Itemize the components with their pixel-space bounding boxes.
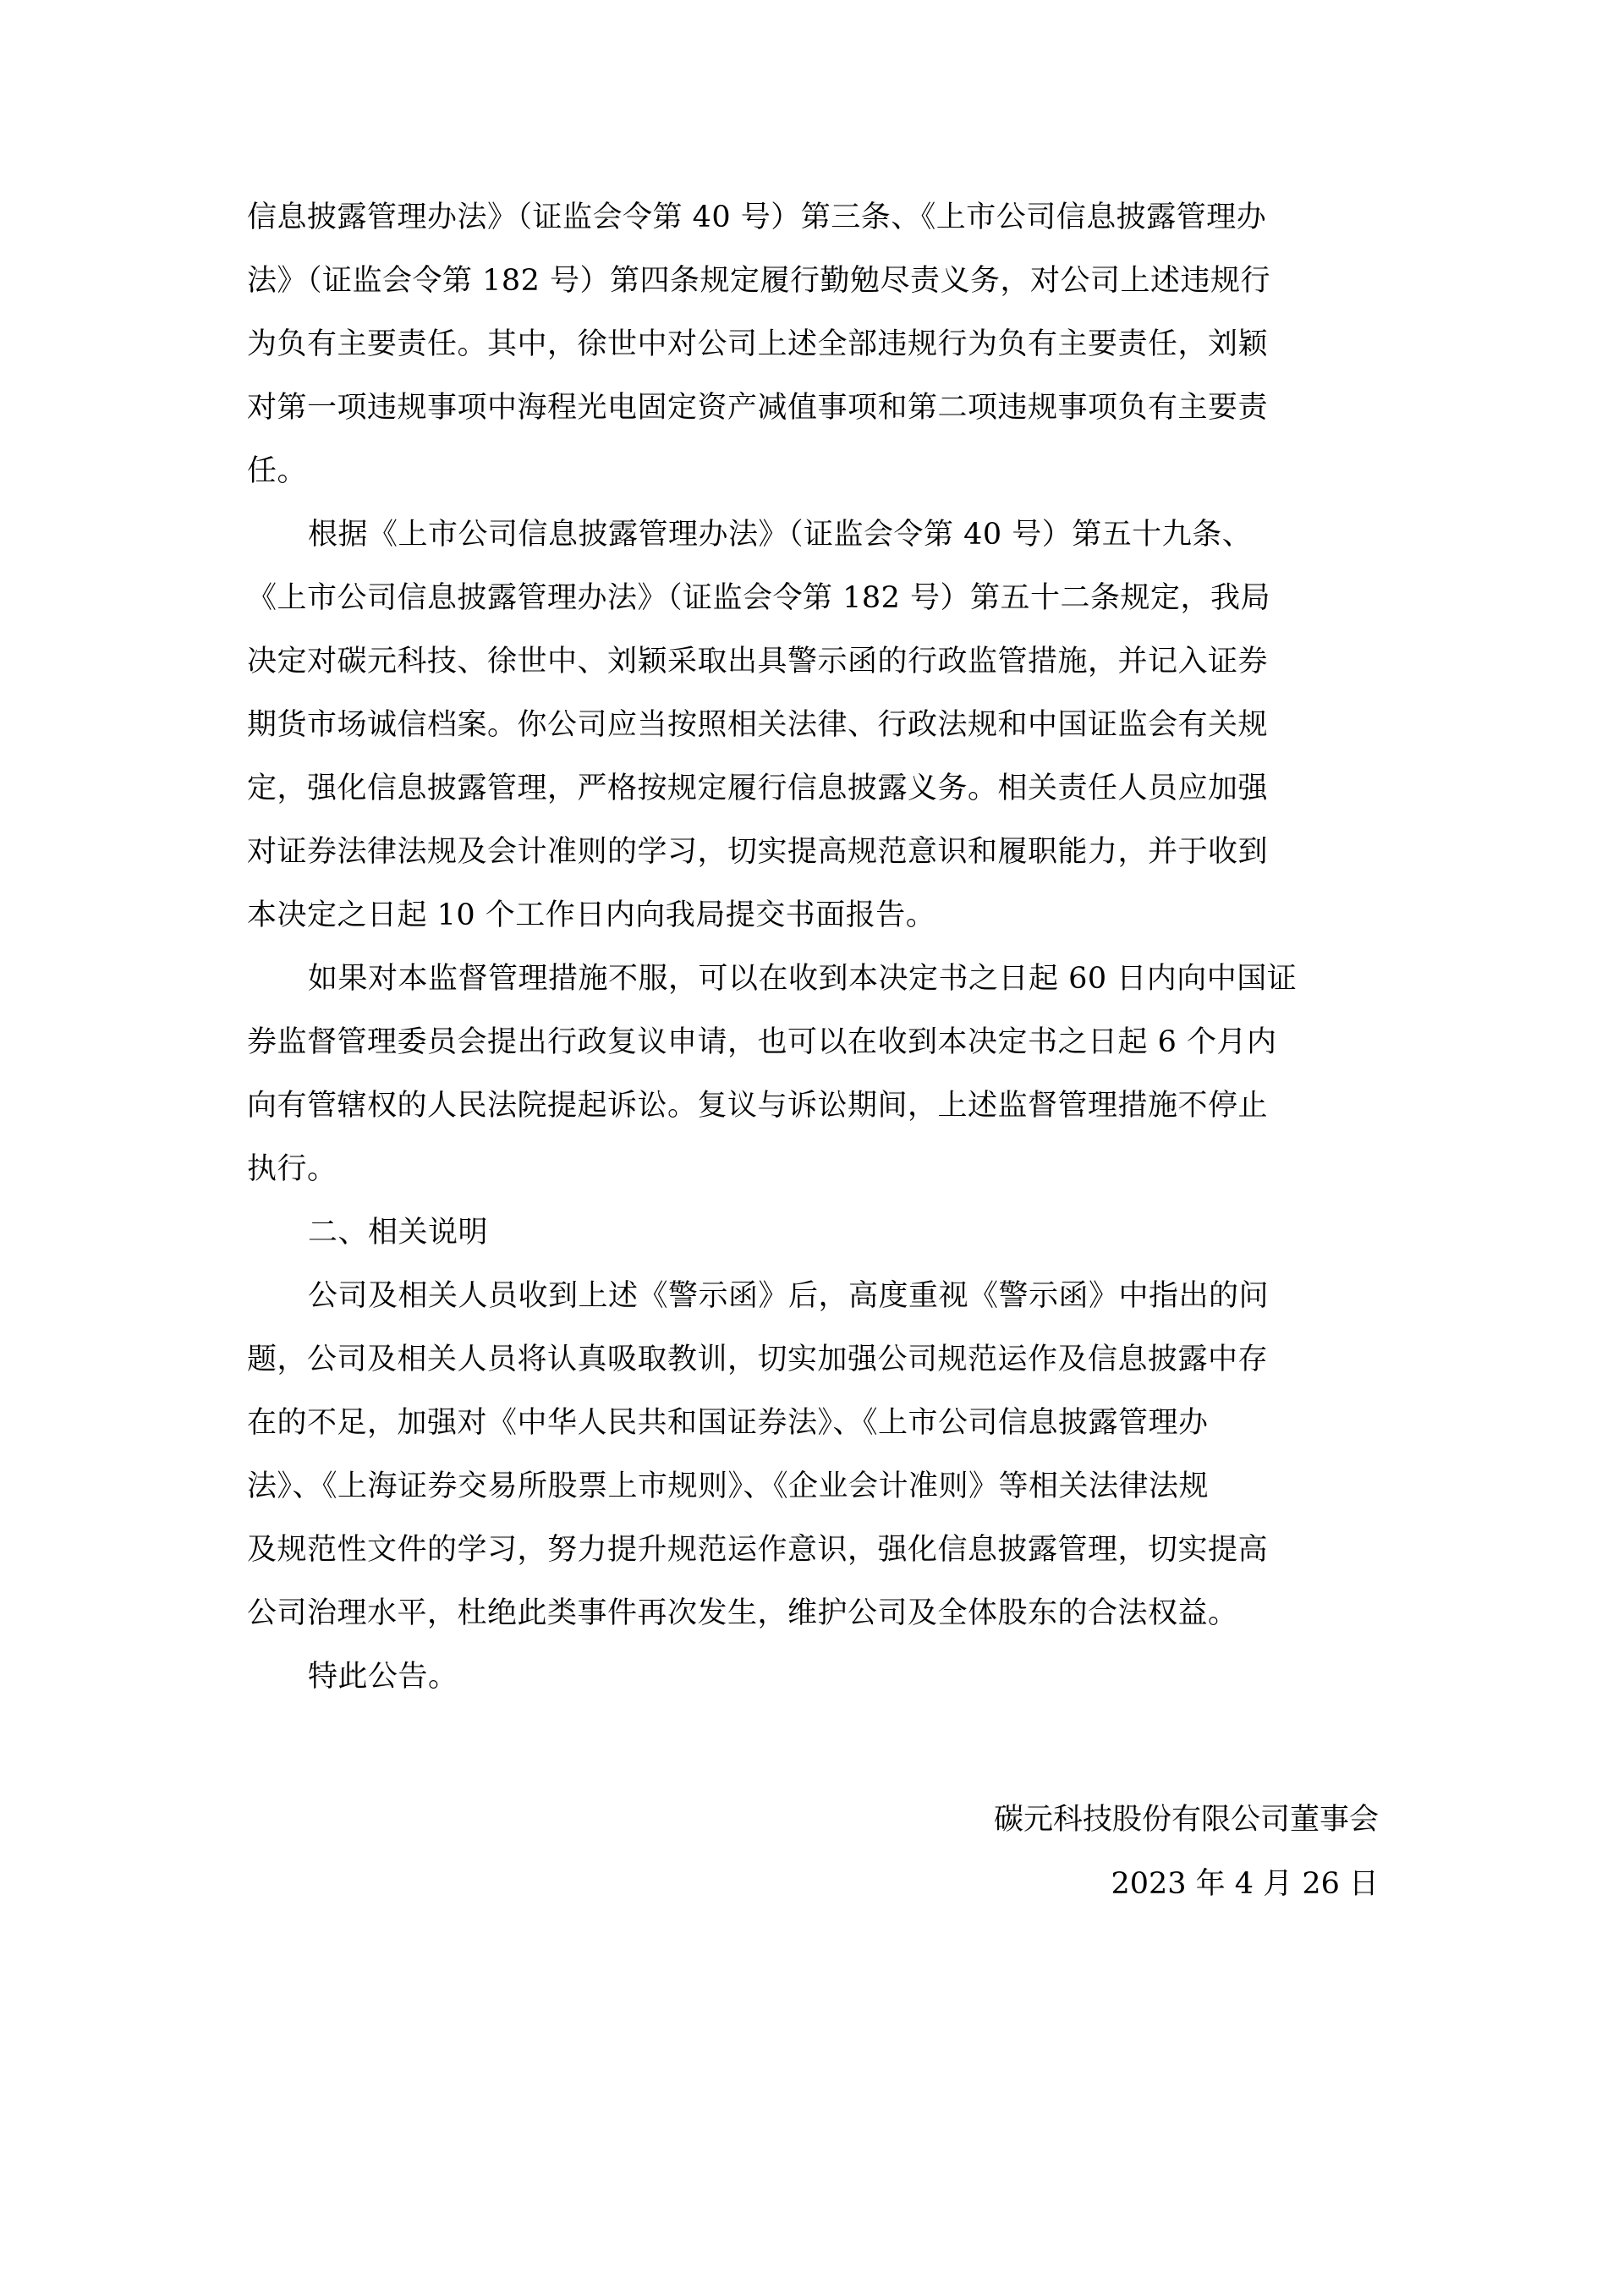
signature-company: 碳元科技股份有限公司董事会 bbox=[994, 1799, 1379, 1841]
text-line: 及规范性文件的学习，努力提升规范运作意识，强化信息披露管理，切实提高 bbox=[247, 1529, 1380, 1592]
paragraph-explanation: 公司及相关人员收到上述《警示函》后，高度重视《警示函》中指出的问 题，公司及相关… bbox=[247, 1275, 1380, 1656]
text-line: 法》（证监会令第 182 号）第四条规定履行勤勉尽责义务，对公司上述违规行 bbox=[247, 260, 1380, 323]
paragraph-appeal: 如果对本监督管理措施不服，可以在收到本决定书之日起 60 日内向中国证 券监督管… bbox=[247, 958, 1380, 1211]
text-line: 《上市公司信息披露管理办法》（证监会令第 182 号）第五十二条规定，我局 bbox=[247, 577, 1380, 640]
paragraph-responsibility: 信息披露管理办法》（证监会令第 40 号）第三条、《上市公司信息披露管理办 法》… bbox=[247, 196, 1380, 514]
text-line: 公司及相关人员收到上述《警示函》后，高度重视《警示函》中指出的问 bbox=[247, 1275, 1380, 1338]
text-line: 券监督管理委员会提出行政复议申请，也可以在收到本决定书之日起 6 个月内 bbox=[247, 1021, 1380, 1085]
text-line: 根据《上市公司信息披露管理办法》（证监会令第 40 号）第五十九条、 bbox=[247, 514, 1380, 577]
paragraph-decision: 根据《上市公司信息披露管理办法》（证监会令第 40 号）第五十九条、 《上市公司… bbox=[247, 514, 1380, 958]
text-line: 任。 bbox=[247, 450, 1380, 514]
text-line: 如果对本监督管理措施不服，可以在收到本决定书之日起 60 日内向中国证 bbox=[247, 958, 1380, 1021]
text-line: 信息披露管理办法》（证监会令第 40 号）第三条、《上市公司信息披露管理办 bbox=[247, 196, 1380, 260]
signature-date: 2023 年 4 月 26 日 bbox=[1111, 1863, 1379, 1905]
closing-statement: 特此公告。 bbox=[247, 1656, 1380, 1719]
text-line: 定，强化信息披露管理，严格按规定履行信息披露义务。相关责任人员应加强 bbox=[247, 767, 1380, 831]
text-line: 题，公司及相关人员将认真吸取教训，切实加强公司规范运作及信息披露中存 bbox=[247, 1338, 1380, 1402]
section-title: 二、相关说明 bbox=[247, 1211, 1380, 1275]
text-line: 对证券法律法规及会计准则的学习，切实提高规范意识和履职能力，并于收到 bbox=[247, 831, 1380, 894]
text-line: 决定对碳元科技、徐世中、刘颖采取出具警示函的行政监管措施，并记入证券 bbox=[247, 640, 1380, 704]
text-line: 公司治理水平，杜绝此类事件再次发生，维护公司及全体股东的合法权益。 bbox=[247, 1592, 1380, 1656]
text-line: 向有管辖权的人民法院提起诉讼。复议与诉讼期间，上述监督管理措施不停止 bbox=[247, 1085, 1380, 1148]
text-line: 本决定之日起 10 个工作日内向我局提交书面报告。 bbox=[247, 894, 1380, 958]
text-line: 对第一项违规事项中海程光电固定资产减值事项和第二项违规事项负有主要责 bbox=[247, 387, 1380, 450]
text-line: 法》、《上海证券交易所股票上市规则》、《企业会计准则》等相关法律法规 bbox=[247, 1465, 1380, 1529]
section-heading: 二、相关说明 bbox=[247, 1211, 1380, 1275]
document-body: 信息披露管理办法》（证监会令第 40 号）第三条、《上市公司信息披露管理办 法》… bbox=[247, 196, 1380, 1719]
text-line: 执行。 bbox=[247, 1148, 1380, 1211]
text-line: 为负有主要责任。其中，徐世中对公司上述全部违规行为负有主要责任，刘颖 bbox=[247, 323, 1380, 387]
text-line: 在的不足，加强对《中华人民共和国证券法》、《上市公司信息披露管理办 bbox=[247, 1402, 1380, 1465]
text-line: 特此公告。 bbox=[247, 1656, 1380, 1719]
text-line: 期货市场诚信档案。你公司应当按照相关法律、行政法规和中国证监会有关规 bbox=[247, 704, 1380, 767]
